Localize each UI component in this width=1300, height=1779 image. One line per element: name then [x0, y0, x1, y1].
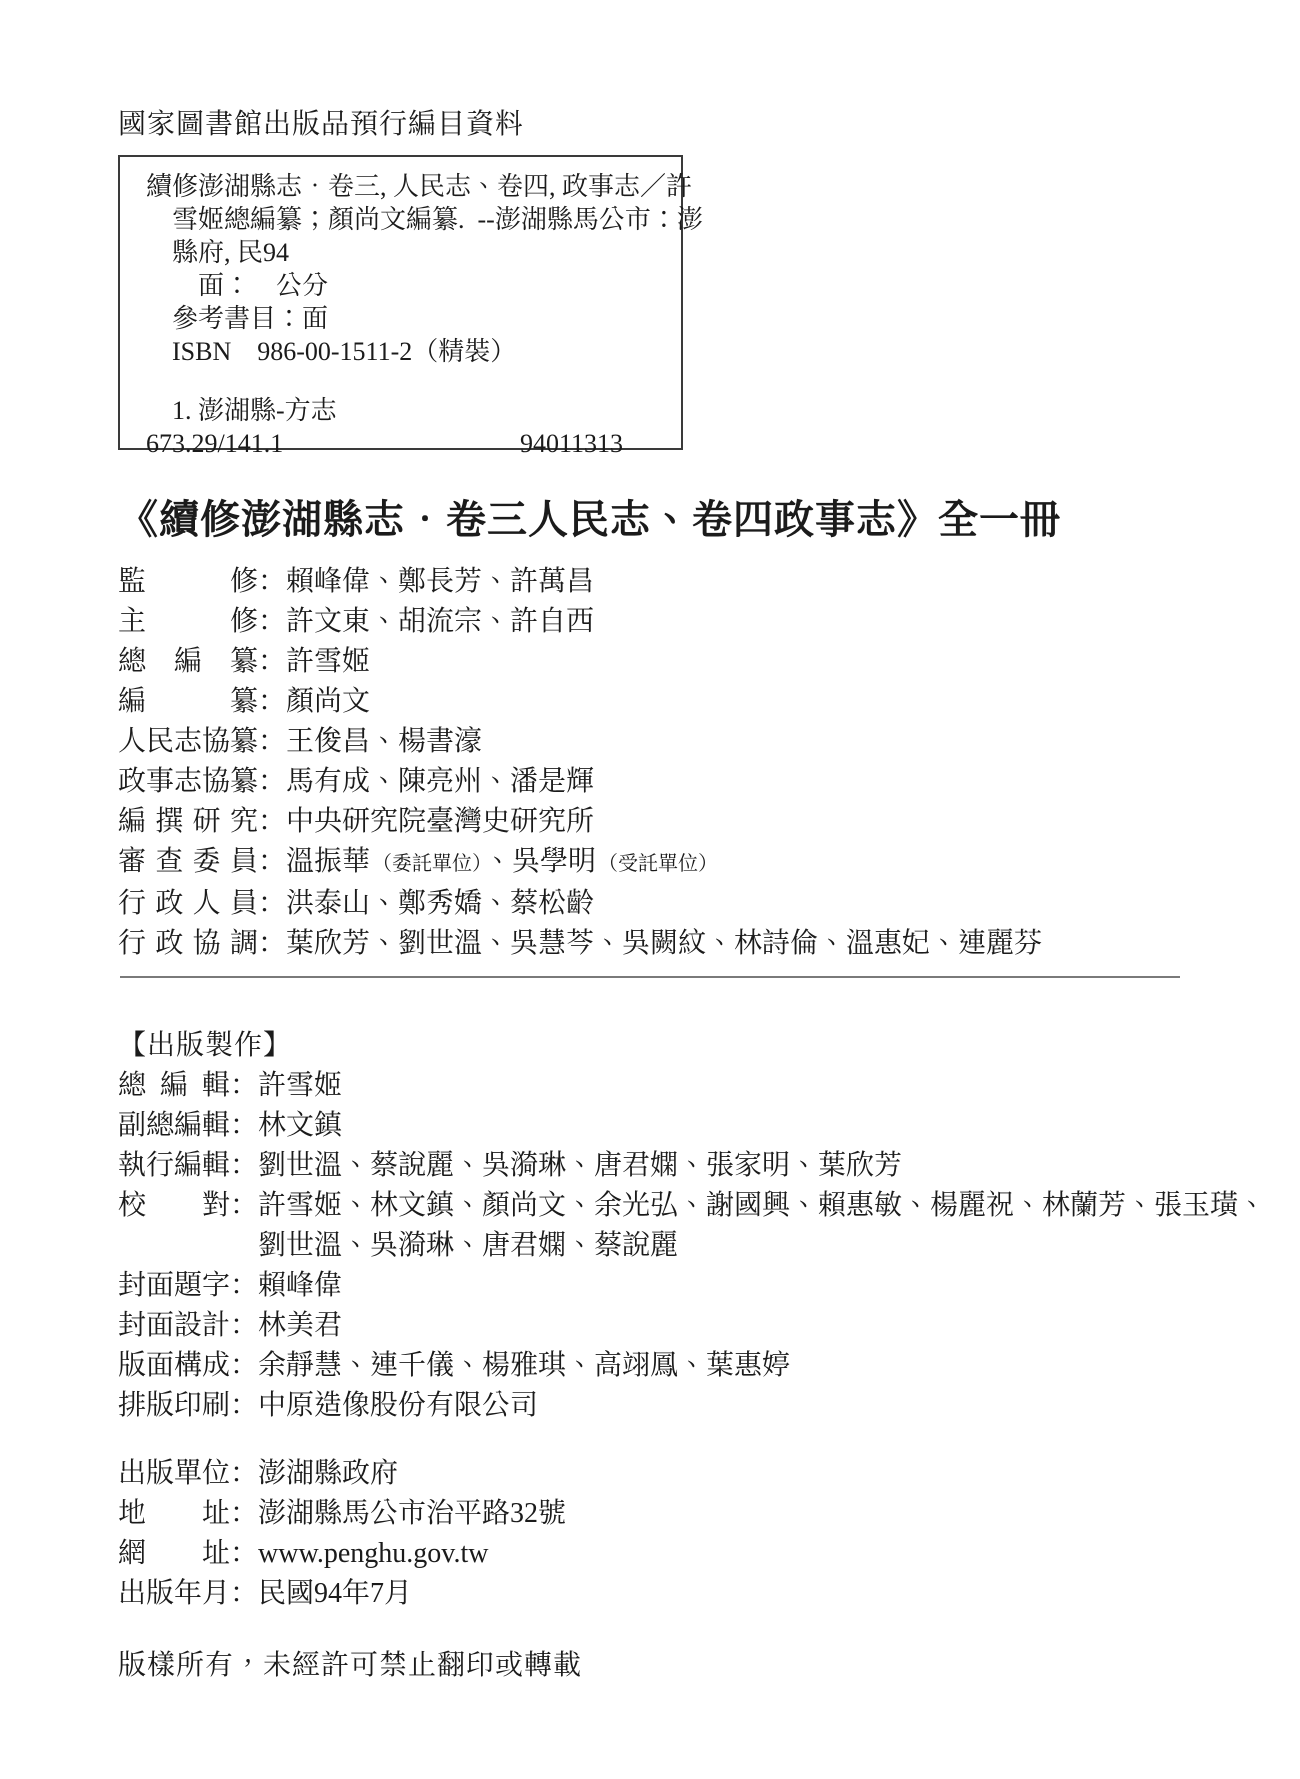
publishing-label: 總編輯	[118, 1066, 230, 1106]
credit-value: 許文東、胡流宗、許自西	[286, 602, 594, 642]
credit-value: 馬有成、陳亮州、潘是輝	[286, 762, 594, 802]
publishing-value: 許雪姬	[258, 1066, 342, 1106]
credit-label: 政事志協纂	[118, 762, 258, 802]
publishing-section: 【出版製作】 總編輯：許雪姬 副總編輯：林文鎮 執行編輯：劉世溫、蔡說麗、吳漪琳…	[118, 1026, 1182, 1426]
publishing-value: 林美君	[258, 1306, 342, 1346]
colon: ：	[230, 1574, 258, 1614]
credit-row: 編撰研究：中央研究院臺灣史研究所	[118, 802, 1182, 842]
colon: ：	[230, 1386, 258, 1426]
reviewer-note: （委託單位）	[372, 853, 482, 875]
publishing-value: 許雪姬、林文鎮、顏尚文、余光弘、謝國興、賴惠敏、楊麗祝、林蘭芳、張玉璜、	[258, 1186, 1266, 1226]
section-divider	[120, 976, 1180, 978]
credit-label: 審查委員	[118, 842, 258, 882]
publisher-label: 網址	[118, 1534, 230, 1574]
publishing-row: 排版印刷：中原造像股份有限公司	[118, 1386, 1182, 1426]
cip-line: 雪姬總編纂；顏尚文編纂. --澎湖縣馬公市：澎	[146, 203, 663, 236]
colon: ：	[230, 1066, 258, 1106]
colon: ：	[258, 884, 286, 924]
credit-value: 洪泰山、鄭秀嬌、蔡松齡	[286, 884, 594, 924]
colon: ：	[258, 722, 286, 762]
record-number: 94011313	[520, 427, 623, 460]
colon: ：	[230, 1494, 258, 1534]
publisher-value: 澎湖縣馬公市治平路32號	[258, 1494, 566, 1534]
colon: ：	[258, 762, 286, 802]
credit-label: 編纂	[118, 682, 258, 722]
publishing-label: 封面題字	[118, 1266, 230, 1306]
publishing-value: 余靜慧、連千儀、楊雅琪、高翊鳳、葉惠婷	[258, 1346, 790, 1386]
publishing-label: 排版印刷	[118, 1386, 230, 1426]
colon: ：	[230, 1106, 258, 1146]
credit-value: 王俊昌、楊書濠	[286, 722, 482, 762]
publisher-section: 出版單位：澎湖縣政府 地址：澎湖縣馬公市治平路32號 網址：www.penghu…	[118, 1454, 1182, 1614]
publishing-value: 林文鎮	[258, 1106, 342, 1146]
cip-bottom-row: 673.29/141.1 94011313	[146, 427, 663, 460]
colon: ：	[258, 682, 286, 722]
credit-row: 政事志協纂：馬有成、陳亮州、潘是輝	[118, 762, 1182, 802]
credit-row: 監修：賴峰偉、鄭長芳、許萬昌	[118, 562, 1182, 602]
publishing-row-proofreaders-cont: 劉世溫、吳漪琳、唐君嫻、蔡說麗	[118, 1226, 1182, 1266]
publisher-row-website: 網址：www.penghu.gov.tw	[118, 1534, 1182, 1574]
colon: ：	[230, 1346, 258, 1386]
book-title: 《續修澎湖縣志‧卷三人民志、卷四政事志》全一冊	[118, 492, 1182, 548]
credit-row: 人民志協纂：王俊昌、楊書濠	[118, 722, 1182, 762]
colon: ：	[258, 842, 286, 882]
credit-row-reviewers: 審查委員：溫振華（委託單位）、吳學明（受託單位）	[118, 842, 1182, 884]
publishing-row: 副總編輯：林文鎮	[118, 1106, 1182, 1146]
credit-value: 許雪姬	[286, 642, 370, 682]
cip-subject-line: 1. 澎湖縣-方志	[146, 394, 663, 427]
publisher-row: 出版單位：澎湖縣政府	[118, 1454, 1182, 1494]
publishing-row-proofreaders: 校對：許雪姬、林文鎮、顏尚文、余光弘、謝國興、賴惠敏、楊麗祝、林蘭芳、張玉璜、	[118, 1186, 1182, 1226]
publishing-value: 賴峰偉	[258, 1266, 342, 1306]
cip-line: 縣府, 民94	[146, 236, 663, 269]
publishing-row: 版面構成：余靜慧、連千儀、楊雅琪、高翊鳳、葉惠婷	[118, 1346, 1182, 1386]
publishing-row: 封面設計：林美君	[118, 1306, 1182, 1346]
reviewer-note: （受託單位）	[598, 853, 718, 875]
cip-isbn-line: ISBN 986-00-1511-2（精裝）	[146, 335, 663, 368]
call-number: 673.29/141.1	[146, 427, 283, 460]
credits-section: 監修：賴峰偉、鄭長芳、許萬昌 主修：許文東、胡流宗、許自西 總編纂：許雪姬 編纂…	[118, 562, 1182, 964]
colon: ：	[258, 802, 286, 842]
colon: ：	[230, 1186, 258, 1226]
credit-label: 監修	[118, 562, 258, 602]
publishing-label: 執行編輯	[118, 1146, 230, 1186]
credit-label: 主修	[118, 602, 258, 642]
publishing-row: 執行編輯：劉世溫、蔡說麗、吳漪琳、唐君嫻、張家明、葉欣芳	[118, 1146, 1182, 1186]
credit-value: 中央研究院臺灣史研究所	[286, 802, 594, 842]
credit-label: 行政人員	[118, 884, 258, 924]
publishing-section-header: 【出版製作】	[118, 1026, 1182, 1066]
credit-row: 行政人員：洪泰山、鄭秀嬌、蔡松齡	[118, 884, 1182, 924]
publishing-value: 劉世溫、吳漪琳、唐君嫻、蔡說麗	[258, 1226, 678, 1266]
colon: ：	[230, 1266, 258, 1306]
credit-value: 溫振華（委託單位）、吳學明（受託單位）	[286, 842, 720, 884]
credit-value: 葉欣芳、劉世溫、吳慧芩、吳闕紋、林詩倫、溫惠妃、連麗芬	[286, 924, 1042, 964]
publishing-row: 封面題字：賴峰偉	[118, 1266, 1182, 1306]
credit-row: 總編纂：許雪姬	[118, 642, 1182, 682]
credit-row: 主修：許文東、胡流宗、許自西	[118, 602, 1182, 642]
colophon-page: 國家圖書館出版品預行編目資料 續修澎湖縣志‧卷三, 人民志、卷四, 政事志／許 …	[0, 0, 1300, 1779]
reviewer-name: 溫振華	[286, 846, 370, 877]
publishing-label: 校對	[118, 1186, 230, 1226]
credit-value: 賴峰偉、鄭長芳、許萬昌	[286, 562, 594, 602]
reviewer-name: 、吳學明	[484, 846, 596, 877]
cip-line: 參考書目：面	[146, 302, 663, 335]
credit-value: 顏尚文	[286, 682, 370, 722]
publisher-value: 民國94年7月	[258, 1574, 412, 1614]
credit-row: 行政協調：葉欣芳、劉世溫、吳慧芩、吳闕紋、林詩倫、溫惠妃、連麗芬	[118, 924, 1182, 964]
publishing-value: 劉世溫、蔡說麗、吳漪琳、唐君嫻、張家明、葉欣芳	[258, 1146, 902, 1186]
credit-label: 行政協調	[118, 924, 258, 964]
credit-row: 編纂：顏尚文	[118, 682, 1182, 722]
publisher-row: 地址：澎湖縣馬公市治平路32號	[118, 1494, 1182, 1534]
colon: ：	[230, 1454, 258, 1494]
publisher-website-text: www.penghu.gov.tw	[258, 1534, 488, 1574]
credit-label: 人民志協纂	[118, 722, 258, 762]
colon: ：	[230, 1146, 258, 1186]
publisher-label: 地址	[118, 1494, 230, 1534]
publisher-value: 澎湖縣政府	[258, 1454, 398, 1494]
colon: ：	[258, 602, 286, 642]
colon: ：	[258, 924, 286, 964]
publishing-label: 副總編輯	[118, 1106, 230, 1146]
publishing-row: 總編輯：許雪姬	[118, 1066, 1182, 1106]
cip-header: 國家圖書館出版品預行編目資料	[118, 108, 1182, 142]
colon: ：	[230, 1306, 258, 1346]
credit-label: 編撰研究	[118, 802, 258, 842]
copyright-notice: 版樣所有，未經許可禁止翻印或轉載	[118, 1646, 1182, 1686]
publishing-label: 封面設計	[118, 1306, 230, 1346]
publisher-label: 出版單位	[118, 1454, 230, 1494]
publishing-value: 中原造像股份有限公司	[258, 1386, 538, 1426]
cip-line: 續修澎湖縣志‧卷三, 人民志、卷四, 政事志／許	[146, 170, 663, 203]
cip-line: 面： 公分	[146, 269, 663, 302]
publisher-row: 出版年月：民國94年7月	[118, 1574, 1182, 1614]
colon: ：	[258, 562, 286, 602]
colon: ：	[230, 1534, 258, 1574]
publishing-label: 版面構成	[118, 1346, 230, 1386]
colon: ：	[258, 642, 286, 682]
credit-label: 總編纂	[118, 642, 258, 682]
cip-box: 續修澎湖縣志‧卷三, 人民志、卷四, 政事志／許 雪姬總編纂；顏尚文編纂. --…	[118, 155, 683, 450]
publisher-label: 出版年月	[118, 1574, 230, 1614]
